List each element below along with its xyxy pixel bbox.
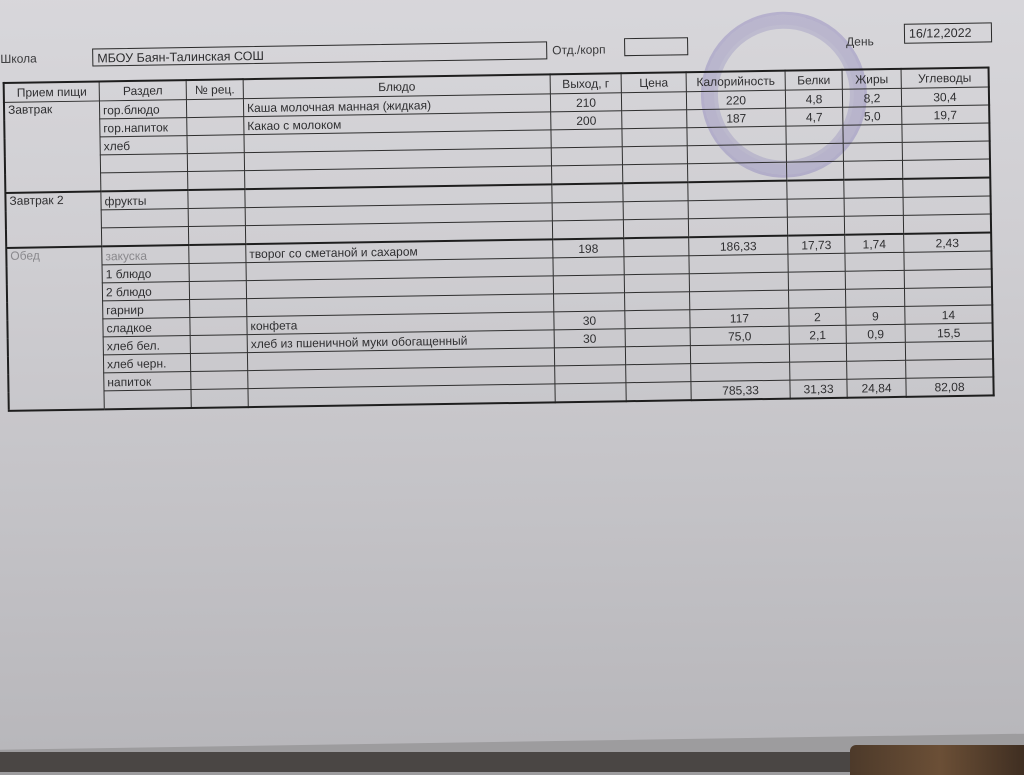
section-cell: [100, 154, 187, 173]
calories-cell: [688, 217, 787, 237]
carbs-cell: [903, 196, 991, 215]
col-output: Выход, г: [550, 73, 621, 94]
output-cell: [553, 257, 624, 276]
carbs-cell: [902, 159, 990, 179]
calories-cell: 186,33: [689, 236, 788, 256]
calories-cell: 785,33: [691, 380, 790, 400]
section-cell: хлеб черн.: [103, 354, 190, 373]
calories-cell: [690, 344, 789, 364]
recipe-cell: [188, 226, 245, 245]
calories-cell: [689, 254, 788, 274]
fat-cell: [844, 179, 903, 198]
protein-cell: [789, 343, 846, 362]
school-label: Школа: [0, 51, 37, 66]
fat-cell: 8,2: [842, 88, 901, 107]
section-cell: [101, 172, 188, 192]
price-cell: [625, 310, 690, 329]
recipe-cell: [189, 244, 246, 263]
output-cell: [552, 165, 623, 185]
fat-cell: 24,84: [847, 378, 906, 397]
protein-cell: [788, 271, 845, 290]
output-cell: [552, 202, 623, 221]
price-cell: [626, 382, 691, 402]
recipe-cell: [191, 389, 248, 408]
calories-cell: 117: [690, 308, 789, 328]
price-cell: [626, 364, 691, 383]
protein-cell: [786, 161, 843, 180]
carbs-cell: [904, 287, 992, 306]
protein-cell: [786, 143, 843, 162]
output-cell: 198: [553, 238, 624, 258]
carbs-cell: [905, 341, 993, 360]
protein-cell: 4,7: [786, 107, 843, 126]
price-cell: [625, 328, 690, 347]
carbs-cell: 30,4: [901, 87, 989, 106]
carbs-cell: [906, 359, 994, 378]
recipe-cell: [186, 99, 243, 118]
output-cell: [551, 147, 622, 166]
output-cell: [555, 365, 626, 384]
protein-cell: [788, 289, 845, 308]
section-cell: напиток: [104, 372, 191, 391]
protein-cell: 17,73: [788, 235, 845, 254]
recipe-cell: [190, 335, 247, 354]
recipe-cell: [187, 153, 244, 172]
col-protein: Белки: [785, 70, 842, 90]
carbs-cell: 14: [905, 305, 993, 324]
menu-table-body: Завтракгор.блюдоКаша молочная манная (жи…: [4, 87, 994, 411]
carbs-cell: [902, 123, 990, 142]
output-cell: [551, 129, 622, 148]
section-cell: 1 блюдо: [102, 264, 189, 283]
calories-cell: [687, 126, 786, 146]
recipe-cell: [188, 208, 245, 227]
fat-cell: 0,9: [846, 324, 905, 343]
col-section: Раздел: [99, 80, 186, 101]
protein-cell: [787, 198, 844, 217]
protein-cell: [787, 180, 844, 199]
calories-cell: [688, 181, 787, 201]
recipe-cell: [187, 135, 244, 154]
protein-cell: [788, 253, 845, 272]
col-price: Цена: [621, 72, 686, 93]
recipe-cell: [190, 353, 247, 372]
protein-cell: 31,33: [790, 379, 847, 398]
price-cell: [625, 346, 690, 365]
carbs-cell: [904, 251, 992, 270]
output-cell: [552, 220, 623, 240]
calories-cell: [690, 290, 789, 310]
output-cell: 30: [554, 329, 625, 348]
col-calories: Калорийность: [686, 71, 785, 92]
recipe-cell: [190, 299, 247, 318]
fat-cell: [845, 252, 904, 271]
price-cell: [624, 274, 689, 293]
protein-cell: [786, 125, 843, 144]
day-label: День: [846, 34, 874, 48]
carbs-cell: 19,7: [902, 105, 990, 124]
fat-cell: [845, 270, 904, 289]
meal-cell: Завтрак: [4, 101, 101, 193]
output-cell: 210: [550, 93, 621, 112]
fat-cell: [843, 142, 902, 161]
recipe-cell: [187, 117, 244, 136]
dept-field: [624, 37, 688, 56]
price-cell: [624, 256, 689, 275]
carbs-cell: [904, 269, 992, 288]
calories-cell: [687, 144, 786, 164]
section-cell: 2 блюдо: [102, 282, 189, 301]
fat-cell: [843, 124, 902, 143]
fat-cell: [845, 288, 904, 307]
output-cell: [553, 275, 624, 294]
recipe-cell: [189, 281, 246, 300]
protein-cell: 2,1: [789, 325, 846, 344]
price-cell: [623, 219, 688, 239]
calories-cell: [689, 272, 788, 292]
section-cell: закуска: [102, 245, 189, 265]
output-cell: [554, 347, 625, 366]
section-cell: сладкое: [103, 318, 190, 337]
fat-cell: [846, 342, 905, 361]
price-cell: [624, 237, 689, 257]
section-cell: хлеб бел.: [103, 336, 190, 355]
calories-cell: [687, 162, 786, 182]
calories-cell: 75,0: [690, 326, 789, 346]
meal-cell: Завтрак 2: [5, 191, 101, 247]
price-cell: [622, 128, 687, 147]
fat-cell: [847, 360, 906, 379]
recipe-cell: [190, 317, 247, 336]
menu-table: Прием пищи Раздел № рец. Блюдо Выход, г …: [3, 66, 995, 411]
calories-cell: 220: [686, 90, 785, 110]
section-cell: гор.напиток: [100, 118, 187, 137]
section-cell: хлеб: [100, 136, 187, 155]
price-cell: [623, 164, 688, 184]
col-carbs: Углеводы: [901, 67, 989, 88]
fat-cell: 9: [846, 306, 905, 325]
carbs-cell: [903, 177, 991, 197]
protein-cell: [787, 216, 844, 235]
output-cell: 200: [551, 111, 622, 130]
fat-cell: [844, 197, 903, 216]
day-field: 16/12,2022: [904, 22, 992, 43]
col-recipe: № рец.: [186, 79, 243, 99]
carbs-cell: [902, 141, 990, 160]
recipe-cell: [189, 263, 246, 282]
price-cell: [622, 146, 687, 165]
output-cell: [552, 183, 623, 203]
protein-cell: 4,8: [785, 89, 842, 108]
price-cell: [622, 110, 687, 129]
carbs-cell: 15,5: [905, 323, 993, 342]
fat-cell: 1,74: [845, 234, 904, 253]
recipe-cell: [191, 371, 248, 390]
section-cell: [101, 209, 188, 228]
dept-label: Отд./корп: [552, 42, 606, 57]
calories-cell: [691, 362, 790, 382]
fat-cell: [844, 215, 903, 234]
section-cell: фрукты: [101, 190, 188, 210]
calories-cell: 187: [687, 108, 786, 128]
price-cell: [621, 92, 686, 111]
price-cell: [623, 201, 688, 220]
output-cell: 30: [554, 311, 625, 330]
meal-cell: Обед: [6, 246, 104, 410]
fat-cell: 5,0: [843, 106, 902, 125]
carbs-cell: [903, 214, 991, 234]
output-cell: [554, 293, 625, 312]
price-cell: [623, 182, 688, 202]
section-cell: [104, 390, 191, 410]
carbs-cell: 2,43: [904, 232, 992, 252]
output-cell: [555, 383, 626, 403]
calories-cell: [688, 199, 787, 219]
dish-cell: [248, 384, 555, 407]
section-cell: [101, 227, 188, 247]
price-cell: [625, 292, 690, 311]
section-cell: гарнир: [103, 300, 190, 319]
protein-cell: [790, 361, 847, 380]
col-fat: Жиры: [842, 69, 901, 89]
carbs-cell: 82,08: [906, 377, 994, 397]
desk-wood: [850, 745, 1024, 768]
recipe-cell: [188, 171, 245, 190]
fat-cell: [843, 160, 902, 179]
protein-cell: 2: [789, 307, 846, 326]
col-meal: Прием пищи: [4, 81, 100, 102]
recipe-cell: [188, 189, 245, 208]
section-cell: гор.блюдо: [99, 100, 186, 119]
